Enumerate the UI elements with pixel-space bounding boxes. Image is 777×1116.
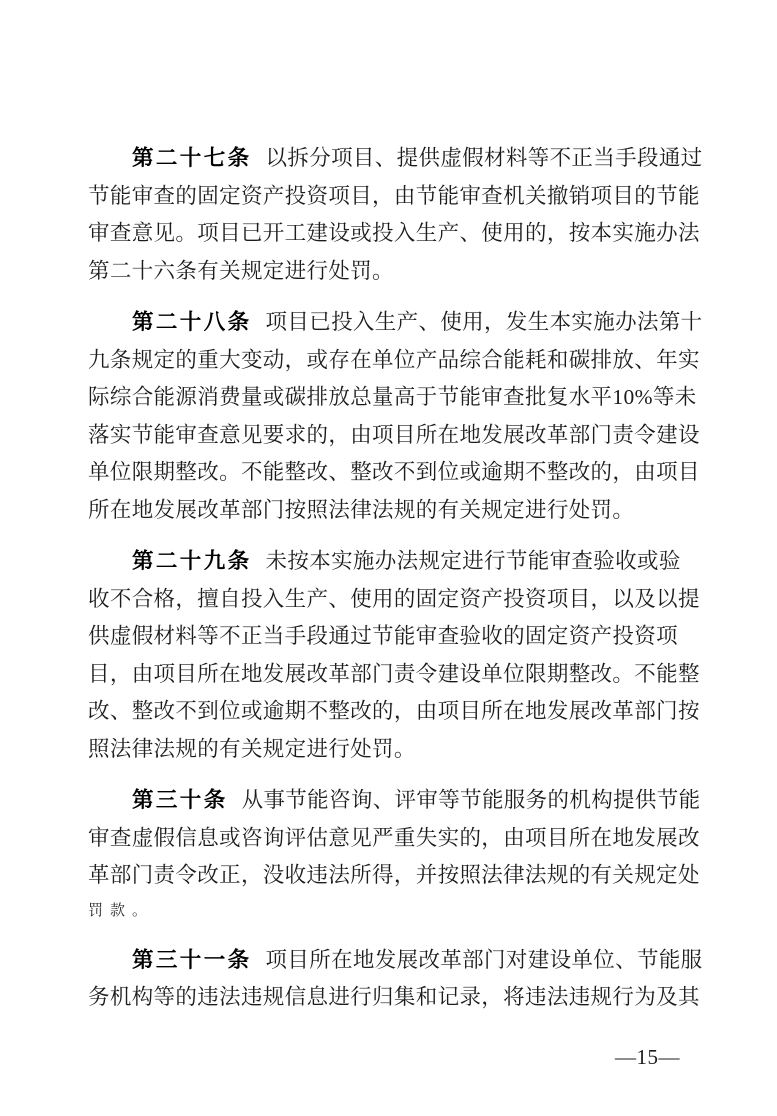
article-31-number: 第三十一条 <box>132 948 252 972</box>
article-28-line-6: 所在地发展改革部门按照法律法规的有关规定进行处罚。 <box>88 492 702 530</box>
article-28-line-2: 九条规定的重大变动，或存在单位产品综合能耗和碳排放、年实 <box>88 342 702 380</box>
article-31-line-2: 务机构等的违法违规信息进行归集和记录，将违法违规行为及其 <box>88 979 702 1017</box>
article-27-text-1: 以拆分项目、提供虚假材料等不正当手段通过 <box>266 146 703 170</box>
article-29-number: 第二十九条 <box>132 549 252 573</box>
article-27-line-3: 审查意见。项目已开工建设或投入生产、使用的，按本实施办法 <box>88 215 702 253</box>
article-30-line-1: 第三十条从事节能咨询、评审等节能服务的机构提供节能 <box>88 782 702 820</box>
article-29-text-1: 未按本实施办法规定进行节能审查验收或验 <box>266 549 681 573</box>
article-29-line-1: 第二十九条未按本实施办法规定进行节能审查验收或验 <box>88 543 702 581</box>
article-31-text-1: 项目所在地发展改革部门对建设单位、节能服 <box>266 948 703 972</box>
article-27: 第二十七条以拆分项目、提供虚假材料等不正当手段通过 节能审查的固定资产投资项目，… <box>88 140 702 290</box>
article-28-text-1: 项目已投入生产、使用，发生本实施办法第十 <box>266 310 703 334</box>
article-27-line-1: 第二十七条以拆分项目、提供虚假材料等不正当手段通过 <box>88 140 702 178</box>
article-29-line-6: 照法律法规的有关规定进行处罚。 <box>88 731 702 769</box>
article-27-line-4: 第二十六条有关规定进行处罚。 <box>88 253 702 291</box>
article-28-number: 第二十八条 <box>132 310 252 334</box>
article-31-line-1: 第三十一条项目所在地发展改革部门对建设单位、节能服 <box>88 942 702 980</box>
article-27-line-2: 节能审查的固定资产投资项目，由节能审查机关撤销项目的节能 <box>88 178 702 216</box>
article-29-line-2: 收不合格，擅自投入生产、使用的固定资产投资项目，以及以提 <box>88 581 702 619</box>
article-29-line-4: 目，由项目所在地发展改革部门责令建设单位限期整改。不能整 <box>88 656 702 694</box>
article-30-line-2: 审查虚假信息或咨询评估意见严重失实的，由项目所在地发展改 <box>88 820 702 858</box>
article-28-line-1: 第二十八条项目已投入生产、使用，发生本实施办法第十 <box>88 304 702 342</box>
article-29-line-5: 改、整改不到位或逾期不整改的，由项目所在地发展改革部门按 <box>88 693 702 731</box>
article-30-line-3: 革部门责令改正，没收违法所得，并按照法律法规的有关规定处 <box>88 857 702 895</box>
article-28: 第二十八条项目已投入生产、使用，发生本实施办法第十 九条规定的重大变动，或存在单… <box>88 304 702 529</box>
article-29-line-3: 供虚假材料等不正当手段通过节能审查验收的固定资产投资项 <box>88 618 702 656</box>
article-30: 第三十条从事节能咨询、评审等节能服务的机构提供节能 审查虚假信息或咨询评估意见严… <box>88 782 702 928</box>
article-30-line-4: 罚款。 <box>88 895 702 928</box>
article-27-number: 第二十七条 <box>132 146 252 170</box>
document-page: 第二十七条以拆分项目、提供虚假材料等不正当手段通过 节能审查的固定资产投资项目，… <box>0 0 777 1116</box>
article-28-line-4: 落实节能审查意见要求的，由项目所在地发展改革部门责令建设 <box>88 417 702 455</box>
article-30-text-1: 从事节能咨询、评审等节能服务的机构提供节能 <box>242 788 701 812</box>
article-29: 第二十九条未按本实施办法规定进行节能审查验收或验 收不合格，擅自投入生产、使用的… <box>88 543 702 768</box>
article-28-line-5: 单位限期整改。不能整改、整改不到位或逾期不整改的，由项目 <box>88 454 702 492</box>
article-30-number: 第三十条 <box>132 788 228 812</box>
article-28-line-3: 际综合能源消费量或碳排放总量高于节能审查批复水平10%等未 <box>88 379 702 417</box>
document-body: 第二十七条以拆分项目、提供虚假材料等不正当手段通过 节能审查的固定资产投资项目，… <box>88 140 702 1070</box>
page-number: —15— <box>88 1045 702 1070</box>
article-31: 第三十一条项目所在地发展改革部门对建设单位、节能服 务机构等的违法违规信息进行归… <box>88 942 702 1017</box>
